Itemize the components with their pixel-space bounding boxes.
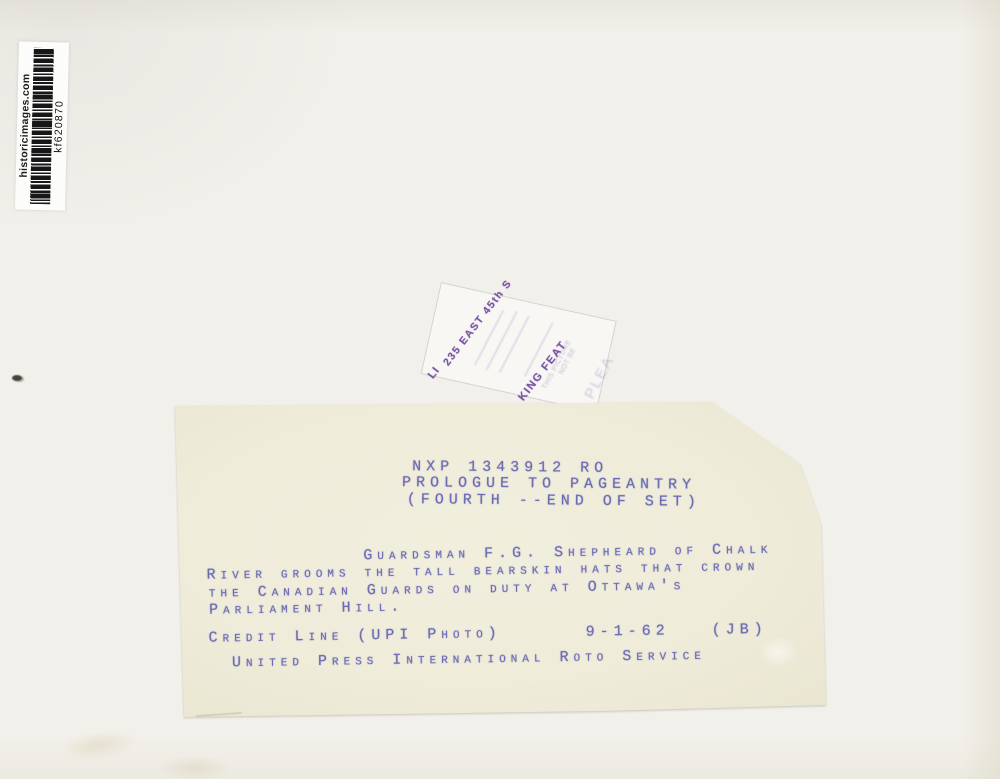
caption-body-block: Guardsman F.G. Shepheard of Chalk River …	[172, 395, 829, 725]
paper-smudge	[158, 756, 232, 779]
barcode-label: historicimages.com kf620870	[15, 41, 69, 210]
photo-back-scan: historicimages.com kf620870 THIS PICTURE…	[0, 0, 1000, 779]
caption-service-line: United Press International Roto Service	[232, 648, 706, 670]
ink-transfer-stamp: THIS PICTURE NOT BE PLEA 235 EAST 45th S…	[421, 282, 617, 413]
caption-slip: NXP 1343912 RO PROLOGUE TO PAGEANTRY (FO…	[175, 400, 827, 720]
caption-credit-line: Credit Line (UPI Photo) 9-1-62 (JB)	[208, 622, 767, 646]
paper-smudge	[58, 726, 139, 765]
barcode-label-content: historicimages.com kf620870	[16, 42, 68, 209]
caption-body-line: Parliament Hill.	[209, 600, 404, 618]
ink-speck	[12, 375, 22, 381]
paper-light-spot	[758, 636, 798, 668]
stamp-faint-text: PLEA	[581, 353, 617, 402]
stamp-faint-line	[499, 315, 530, 373]
barcode-icon	[30, 48, 54, 204]
stamp-faint-line	[486, 311, 518, 370]
stamp-partial-text: LI	[426, 365, 443, 382]
